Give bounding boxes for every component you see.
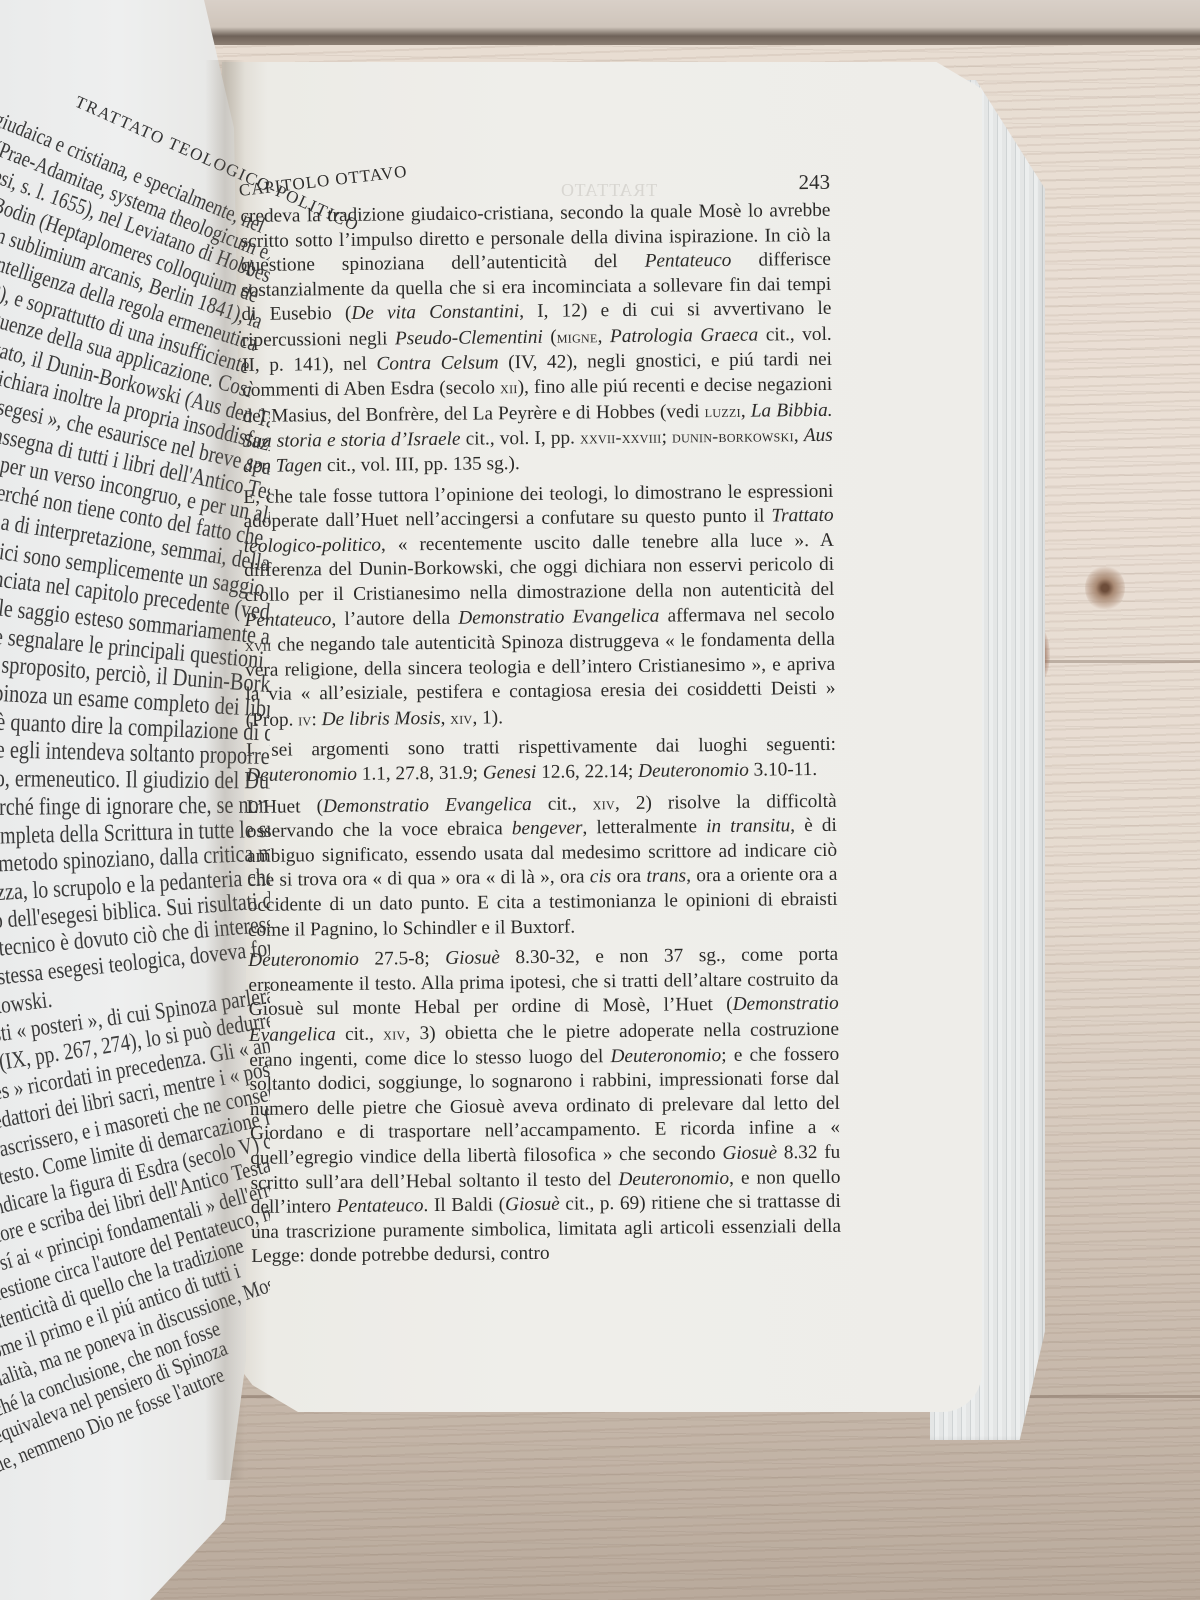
italic-text: bengever — [512, 818, 583, 840]
italic-text: Pentateuco — [337, 1195, 424, 1217]
italic-text: Giosuè — [722, 1142, 777, 1164]
text-run: cit., vol. III, pp. 135 sg.). — [322, 453, 520, 476]
italic-text: Deuteronomio — [638, 760, 749, 782]
text-run: I sei argomenti sono tratti rispettivame… — [246, 734, 836, 761]
text-run: , letteralmente — [582, 816, 706, 838]
small-caps-text: migne — [557, 326, 598, 346]
small-caps-text: iv — [298, 709, 311, 729]
italic-text: De vita Constantini — [351, 301, 519, 324]
running-head: CAPITOLO OTTAVO 243 — [240, 170, 830, 201]
footnote: 4E, che tale fosse tuttora l’opinione de… — [243, 479, 836, 733]
italic-text: cis — [590, 867, 612, 888]
text-run: cit., — [336, 1024, 384, 1045]
italic-text: Demonstratio Evangelica — [323, 794, 532, 817]
footnote: 7Deuteronomio 27.5-8; Giosuè 8.30-32, e … — [248, 943, 841, 1270]
text-run: affermava nel secolo — [659, 603, 835, 626]
small-caps-text: xiv — [593, 793, 615, 813]
small-caps-text: dunin-borkowski — [672, 426, 794, 447]
italic-text: trans — [646, 866, 686, 887]
text-run: , — [597, 326, 610, 347]
italic-text: Genesi — [483, 762, 537, 784]
text-run: 3.10-11. — [749, 759, 818, 781]
small-caps-text: xiv — [383, 1023, 405, 1043]
text-run: ; — [661, 427, 672, 448]
small-caps-text: luzzi — [705, 401, 741, 421]
footnote: 5I sei argomenti sono tratti rispettivam… — [246, 733, 836, 788]
text-run: , l’autore della — [331, 607, 458, 629]
right-page-content: CAPITOLO OTTAVO 243 credeva la tradizion… — [240, 170, 841, 1270]
small-caps-text: xii — [500, 377, 518, 397]
text-run: 12.6, 22.14; — [536, 761, 638, 783]
italic-text: Giosuè — [445, 948, 500, 970]
text-run: : — [311, 709, 321, 730]
italic-text: Giosuè — [505, 1194, 560, 1216]
text-run: . Il Baldi ( — [423, 1194, 505, 1216]
left-page-text: giudaica e cristiana, e specialmente, ne… — [0, 95, 270, 1505]
italic-text: Demonstratio Evangelica — [458, 605, 659, 628]
italic-text: Deuteronomio — [610, 1045, 721, 1067]
italic-text: Contra Celsum — [376, 352, 498, 374]
small-caps-text: xxvii-xxviii — [580, 427, 662, 448]
italic-text: in transitu — [706, 816, 790, 838]
text-run: cit., — [532, 793, 593, 815]
italic-text: De libris Mosis — [322, 708, 441, 730]
text-run: , — [440, 708, 450, 729]
italic-text: Deuteronomio — [618, 1167, 729, 1189]
italic-text: Pentateuco — [645, 250, 732, 272]
footnotes: 4E, che tale fosse tuttora l’opinione de… — [243, 479, 841, 1270]
continuation-paragraph: credeva la tradizione giudaico-cristiana… — [240, 199, 833, 480]
text-run: , — [741, 400, 751, 421]
text-run: , — [794, 425, 804, 446]
page-number: 243 — [798, 170, 830, 195]
text-run: 27.5-8; — [359, 948, 446, 970]
italic-text: Pseudo-Clementini — [395, 327, 543, 350]
wood-knot — [1085, 565, 1125, 611]
text-run: cit., vol. I, pp. — [460, 428, 580, 450]
italic-text: Patrologia Graeca — [610, 325, 758, 348]
footnote: 6L’Huet (Demonstratio Evangelica cit., x… — [246, 788, 838, 943]
text-run: ( — [543, 327, 557, 348]
small-caps-text: xiv — [450, 707, 472, 727]
text-run: ora — [611, 866, 646, 887]
text-run: 1.1, 27.8, 31.9; — [357, 763, 483, 785]
text-run: E, che tale fosse tuttora l’opinione dei… — [243, 480, 833, 532]
text-run: , 1). — [472, 707, 503, 728]
